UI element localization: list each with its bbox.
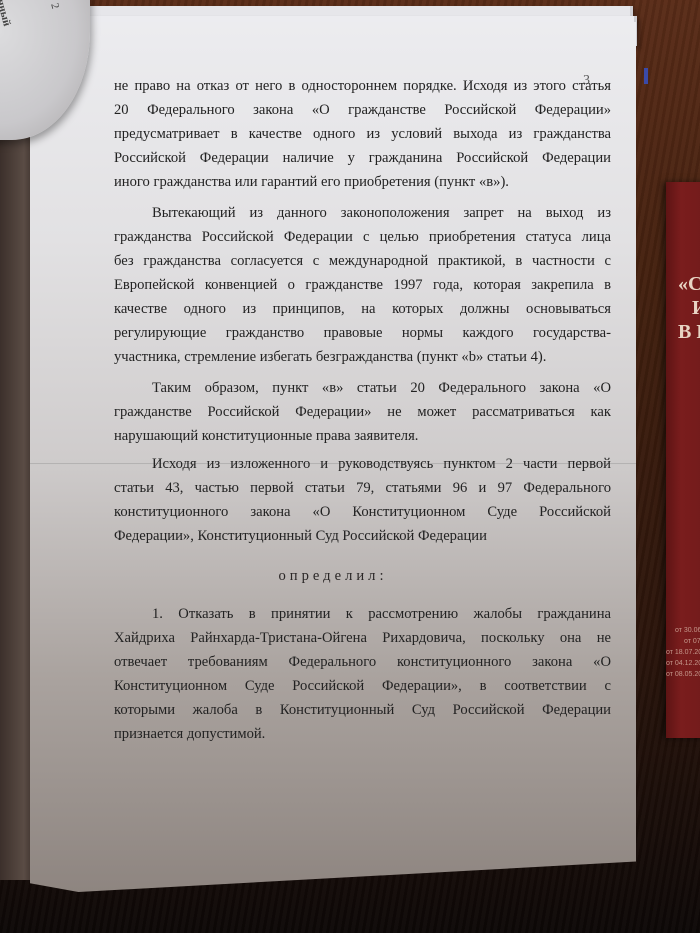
book-title-line: В Р [678,320,700,344]
text-line: гражданства Российской Федерации с целью… [114,225,611,249]
book-date: от 08.05.2009 [666,669,700,680]
text-line: которыми жалоба в Конституционный Суд Ро… [114,698,611,722]
text-line: предусматривает в качестве одного из усл… [114,122,611,146]
text-line: Российской Федерации наличие у гражданин… [114,146,611,170]
resolution-paragraph: 1. Отказать в принятии к рассмотрению жа… [114,602,611,746]
paragraph: не право на отказ от него в односторонне… [114,74,611,194]
ruling-heading: определил: [30,568,636,585]
paragraph: Таким образом, пункт «в» статьи 20 Федер… [114,376,611,448]
previous-page-text: ционный ию [0,0,14,31]
text-line: участника, стремление избегать безгражда… [114,345,611,369]
book-title-line: «С [678,272,700,296]
text-line: конституционного закона «О Конституционн… [114,500,611,524]
book-title-line: И [678,296,700,320]
text-line: Вытекающий из данного законоположения за… [114,201,611,225]
book-date: от 30.06.200 [666,625,700,636]
text-line: Хайдриха Райнхарда-Тристана-Ойгена Рихар… [114,626,611,650]
text-line: иного гражданства или гарантий его приоб… [114,170,611,194]
paragraph: Вытекающий из данного законоположения за… [114,201,611,369]
text-line: нарушающий конституционные права заявите… [114,424,611,448]
text-line: признается допустимой. [114,722,611,746]
book-date: от 07.11. [666,636,700,647]
text-line: Таким образом, пункт «в» статьи 20 Федер… [114,376,611,400]
text-line: регулирующие гражданство правовые нормы … [114,321,611,345]
text-line: гражданстве Российской Федерации» не мож… [114,400,611,424]
text-line: Федерации», Конституционный Суд Российск… [114,524,611,548]
book-title: «С И В Р [678,272,700,344]
book-date: от 18.07.2006 [666,647,700,658]
red-book: «С И В Р от 30.06.200 от 07.11. от 18.07… [666,182,700,738]
text-line: 1. Отказать в принятии к рассмотрению жа… [114,602,611,626]
text-line: Исходя из изложенного и руководствуясь п… [114,452,611,476]
paragraph: Исходя из изложенного и руководствуясь п… [114,452,611,548]
book-date: от 04.12.2007 [666,658,700,669]
text-line: 20 Федерального закона «О гражданстве Ро… [114,98,611,122]
text-line: не право на отказ от него в односторонне… [114,74,611,98]
text-line: отвечает требованиям Федерального консти… [114,650,611,674]
text-line: без гражданства согласуется с международ… [114,249,611,273]
text-line: статьи 43, частью первой статьи 79, стат… [114,476,611,500]
previous-page-fragment: ционный [0,0,14,28]
text-line: Европейской конвенцией о гражданстве 199… [114,273,611,297]
previous-page-number: 2 [48,2,61,10]
blue-tab-marker [644,68,648,84]
text-line: Конституционном Суде Российской Федераци… [114,674,611,698]
text-line: качестве одного из принципов, на которых… [114,297,611,321]
book-dates: от 30.06.200 от 07.11. от 18.07.2006 от … [666,625,700,680]
